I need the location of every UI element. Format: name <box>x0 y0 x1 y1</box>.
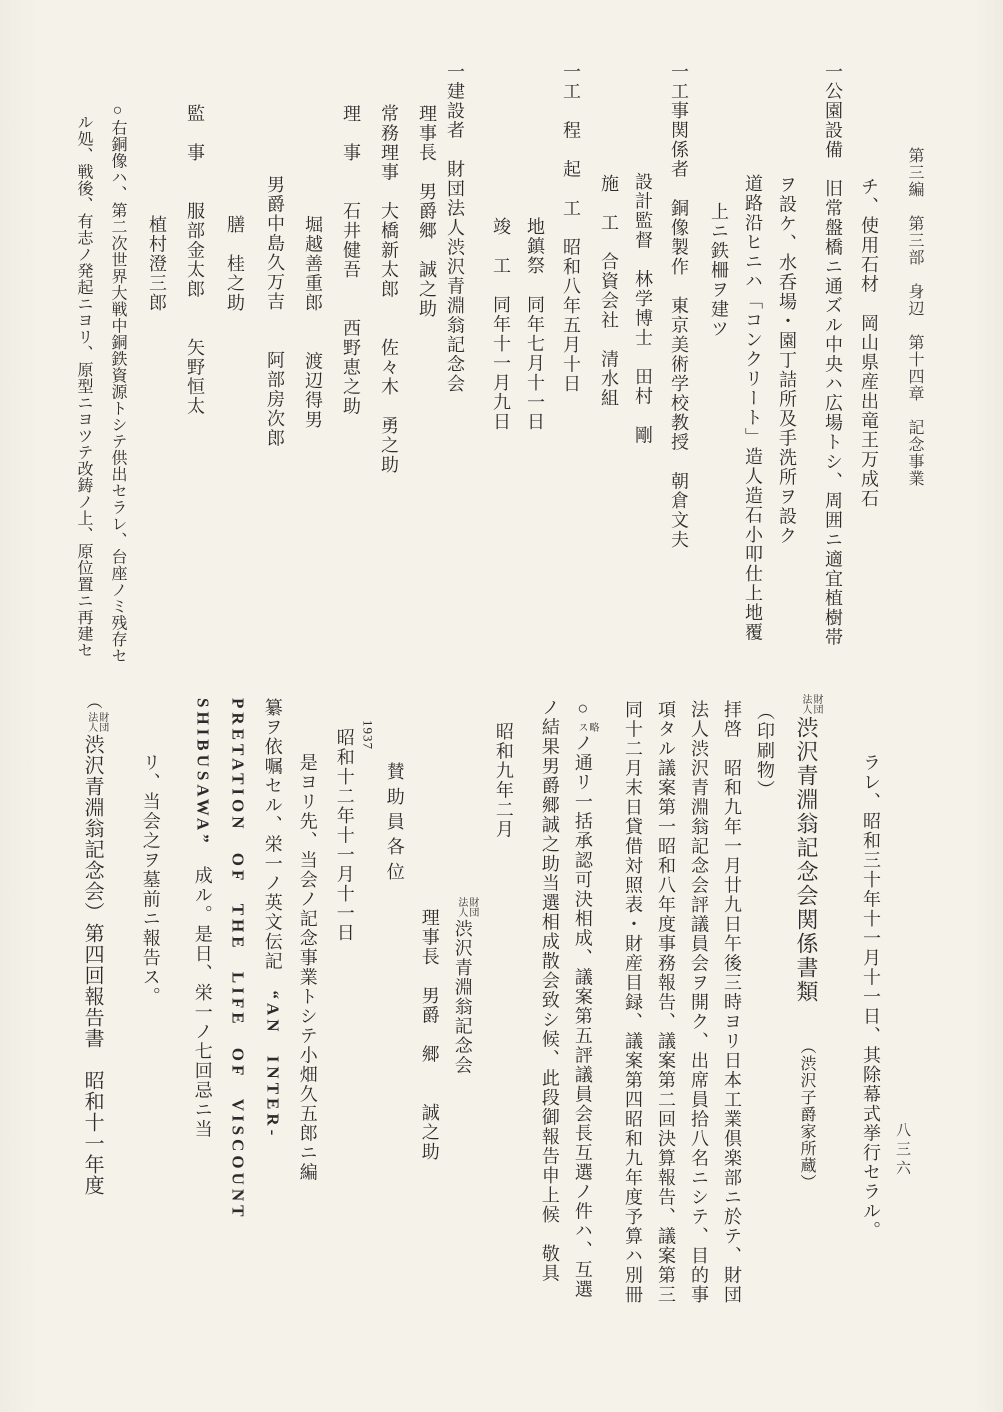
letter-line-1: 拝啓 昭和九年一月廿九日午後三時ヨリ日本工業倶楽部ニ於テ、財団 <box>722 690 742 1338</box>
column-date-1937: 昭和十二年十一月十一日 <box>335 690 355 1338</box>
column-directors-2: 堀越善重郎 渡辺得男 <box>303 62 323 690</box>
omission-circle: ○ <box>573 698 593 720</box>
report-year: 昭和十一年度 <box>81 1049 103 1196</box>
column-managing-directors: 常務理事 大橋新太郎 佐々木 勇之助 <box>379 62 399 690</box>
column-statue-note-2: ル処、戦後、有志ノ発起ニヨリ、原型ニヨツテ改鋳ノ上、原位置ニ再建セ <box>73 62 93 690</box>
letter-date: 昭和九年二月 <box>494 690 514 1338</box>
letter-line-6: ノ結果男爵郷誠之助当選相成散会致シ候、此段御報告申上候 敬具 <box>540 690 560 1338</box>
column-english-3: SHIBUSAWA” 成ル。是日、栄一ノ七回忌ニ当 <box>193 690 213 1338</box>
column-design-supervisor: 設計監督 林学博士 田村 剛 <box>633 62 653 690</box>
column-chairman: 理事長 男爵郷 誠之助 <box>417 62 437 690</box>
column-stone-material: チ、使用石材 岡山県産出竜王万成石 <box>859 62 879 690</box>
corporate-prefix: 財団法人 <box>86 712 108 732</box>
source-note: （渋沢子爵家所蔵） <box>798 1038 815 1191</box>
english-title-part-2: PRETATION OF THE LIFE OF VISCOUNT <box>229 698 248 1220</box>
corporate-prefix: 財団法人 <box>456 897 478 917</box>
column-printed-note: （印刷物） <box>755 690 775 1338</box>
column-english-2: PRETATION OF THE LIFE OF VISCOUNT <box>228 690 248 1338</box>
letter-line-4: 同十二月末日貸借対照表・財産目録、議案第四昭和九年度予算ハ別冊 <box>623 690 643 1338</box>
column-english-1: 纂ヲ依嘱セル、栄一ノ英文伝記 “AN INTER- <box>263 690 283 1338</box>
column-statue-note-1: ○右銅像ハ、第二次世界大戦中銅鉄資源トシテ供出セラレ、台座ノミ残存セ <box>107 62 127 690</box>
corporate-prefix: 財団法人 <box>800 694 822 714</box>
column-directors-1: 理 事 石井健吾 西野恵之助 <box>341 62 361 690</box>
page-number: 八三六 <box>892 1122 913 1179</box>
column-unveiling: ラレ、昭和三十年十一月十一日、其除幕式挙行セラル。 <box>861 690 881 1338</box>
column-auditor-uemura: 植村澄三郎 <box>147 62 167 690</box>
column-builder-foundation: 一建設者 財団法人渋沢青淵翁記念会 <box>445 62 465 690</box>
column-construction-people: 一工事関係者 銅像製作 東京美術学校教授 朝倉文夫 <box>669 62 689 690</box>
column-park-facilities: 一公園設備 旧常盤橋ニ通ズル中央ハ広場トシ、周囲ニ適宜植樹帯 <box>823 62 843 690</box>
letter-line-5-omission: ○略スノ通リ一括承認可決相成、議案第五評議員会長互選ノ件ハ、互選 <box>573 690 599 1338</box>
signature-foundation: 財団法人渋沢青淵翁記念会 <box>453 690 479 1338</box>
western-year: 1937 <box>361 690 375 1338</box>
column-fourth-report: （財団法人渋沢青淵翁記念会）第四回報告書 昭和十一年度 <box>79 690 109 1338</box>
column-narrative: 是ヨリ先、当会ノ記念事業トシテ小畑久五郎ニ編 <box>298 690 318 1338</box>
column-builder-shimizu: 施 工 合資会社 清水組 <box>599 62 619 690</box>
document-title-column: 財団法人渋沢青淵翁記念会関係書類（渋沢子爵家所蔵） <box>793 690 823 1338</box>
column-grave-report: リ、当会之ヲ墓前ニ報告ス。 <box>141 690 161 1338</box>
column-completion: 竣 工 同年十一月九日 <box>491 62 511 690</box>
letter-line-3: 項タル議案第一昭和八年度事務報告、議案第二回決算報告、議案第三 <box>656 690 676 1338</box>
column-park-facilities-2: ヲ設ケ、水呑場・園丁詰所及手洗所ヲ設ク <box>777 62 797 690</box>
report-title: 第四回報告書 <box>81 923 103 1049</box>
bottom-section: ラレ、昭和三十年十一月十一日、其除幕式挙行セラル。 財団法人渋沢青淵翁記念会関係… <box>79 690 881 1338</box>
column-groundbreaking: 地鎮祭 同年七月十一日 <box>525 62 545 690</box>
addressee: 賛助員各位 <box>385 690 405 1338</box>
scanned-book-page: 第三編 第三部 身辺 第十四章 記念事業 チ、使用石材 岡山県産出竜王万成石 一… <box>0 0 1003 1412</box>
signature-chairman: 理事長 男爵 郷 誠之助 <box>420 690 440 1338</box>
column-directors-4: 膳 桂之助 <box>225 62 245 690</box>
column-iron-fence: 上ニ鉄柵ヲ建ツ <box>709 62 729 690</box>
column-roadside: 道路沿ヒニハ「コンクリート」造人造石小叩仕上地覆 <box>743 62 763 690</box>
column-auditors: 監 事 服部金太郎 矢野恒太 <box>185 62 205 690</box>
english-title-part-1: “AN INTER- <box>264 991 283 1140</box>
document-title: 渋沢青淵翁記念会関係書類 <box>794 716 819 1004</box>
column-directors-3: 男爵中島久万吉 阿部房次郎 <box>265 62 285 690</box>
running-header: 第三編 第三部 身辺 第十四章 記念事業 <box>905 62 923 690</box>
omission-note: 略ス <box>576 722 598 732</box>
letter-line-2: 法人渋沢青淵翁記念会評議員会ヲ開ク、出席員拾八名ニシテ、目的事 <box>689 690 709 1338</box>
top-section: 第三編 第三部 身辺 第十四章 記念事業 チ、使用石材 岡山県産出竜王万成石 一… <box>73 62 923 690</box>
column-schedule-start: 一工 程 起 工 昭和八年五月十日 <box>561 62 581 690</box>
english-title-part-3: SHIBUSAWA” <box>194 698 213 847</box>
